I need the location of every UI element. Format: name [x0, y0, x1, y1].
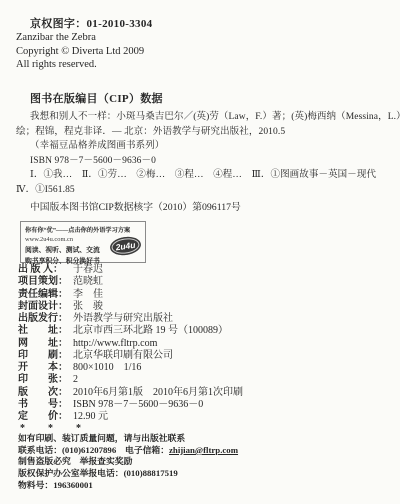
- colophon-row-publishing-house: 出版发行：外语教学与研究出版社: [18, 313, 243, 325]
- colophon-value: 张 骏: [73, 301, 103, 312]
- rights-reserved: All rights reserved.: [16, 58, 144, 72]
- colophon-value: http://www.fltrp.com: [73, 338, 157, 349]
- colophon-row-printer: 印 刷：北京华联印刷有限公司: [18, 350, 243, 362]
- colophon-row-edition: 版 次：2010年6月第1版 2010年6月第1次印刷: [18, 387, 243, 399]
- quality-notice: 如有印刷、装订质量问题，请与出版社联系: [18, 433, 238, 445]
- colophon-row-website: 网 址：http://www.fltrp.com: [18, 338, 243, 350]
- beijing-registration-number: 京权图字：01-2010-3304: [30, 15, 152, 31]
- cip-isbn-line: ISBN 978－7－5600－9636－0: [16, 154, 396, 169]
- colophon-value: 李 佳: [73, 289, 103, 300]
- copyright-office-phone: 版权保护办公室举报电话：(010)88817519: [18, 468, 238, 480]
- colophon-label: 网 址：: [18, 338, 73, 350]
- material-number: 物料号：196360001: [18, 480, 238, 492]
- email-link: zhijian@fltrp.com: [169, 445, 238, 455]
- colophon-value: 2: [73, 374, 78, 385]
- colophon-label: 社 址：: [18, 325, 73, 337]
- colophon-row-isbn: 书 号：ISBN 978－7－5600－9636－0: [18, 399, 243, 411]
- cip-series-line: （幸福豆品格养成图画书系列）: [16, 139, 396, 154]
- contact-info: 联系电话：(010)61207896 电子信箱：: [18, 445, 169, 455]
- colophon-value: 于春迟: [73, 264, 103, 275]
- colophon-label: 印 张：: [18, 374, 73, 386]
- cip-data-block: 我想和别人不一样：小斑马桑吉巴尔／(英)劳（Law，F.）著；(英)梅西纳（Me…: [16, 110, 396, 197]
- asterisk-separator: * * *: [20, 419, 82, 434]
- colophon-label: 版 次：: [18, 387, 73, 399]
- cip-title-line-cont: 绘；程锦，程克非译．— 北京：外语教学与研究出版社，2010.5: [16, 125, 396, 140]
- contact-line: 联系电话：(010)61207896 电子信箱：zhijian@fltrp.co…: [18, 445, 238, 457]
- original-title: Zanzibar the Zebra: [16, 31, 144, 45]
- english-copyright-block: Zanzibar the Zebra Copyright © Diverta L…: [16, 31, 144, 72]
- colophon-label: 封面设计：: [18, 301, 73, 313]
- colophon-label: 开 本：: [18, 362, 73, 374]
- colophon-row-project-planner: 项目策划：范晓虹: [18, 276, 243, 288]
- colophon-value: 范晓虹: [73, 276, 103, 287]
- colophon-block: 出 版 人：于春迟 项目策划：范晓虹 责任编辑：李 佳 封面设计：张 骏 出版发…: [18, 264, 243, 423]
- colophon-row-format: 开 本：800×1010 1/16: [18, 362, 243, 374]
- cip-title-line: 我想和别人不一样：小斑马桑吉巴尔／(英)劳（Law，F.）著；(英)梅西纳（Me…: [16, 110, 396, 125]
- colophon-value: 北京华联印刷有限公司: [73, 350, 173, 361]
- colophon-value: 800×1010 1/16: [73, 362, 141, 373]
- colophon-row-sheets: 印 张：2: [18, 374, 243, 386]
- colophon-row-cover-design: 封面设计：张 骏: [18, 301, 243, 313]
- cip-index-line-1: Ⅰ．①我… Ⅱ．①劳… ②梅… ③程… ④程… Ⅲ．①图画故事－英国－现代: [16, 168, 396, 183]
- colophon-label: 印 刷：: [18, 350, 73, 362]
- colophon-label: 书 号：: [18, 399, 73, 411]
- copyright-holder: Copyright © Diverta Ltd 2009: [16, 45, 144, 59]
- cip-registry-number: 中国版本图书馆CIP数据核字（2010）第096117号: [30, 199, 241, 213]
- colophon-label: 责任编辑：: [18, 289, 73, 301]
- colophon-label: 出版发行：: [18, 313, 73, 325]
- piracy-notice: 制售盗版必究 举报查实奖励: [18, 456, 238, 468]
- colophon-value: ISBN 978－7－5600－9636－0: [73, 399, 203, 410]
- promo-slogan: 你有你“优”——点击你的外语学习方案: [25, 225, 141, 234]
- colophon-row-publisher: 出 版 人：于春迟: [18, 264, 243, 276]
- copyright-page: 京权图字：01-2010-3304 Zanzibar the Zebra Cop…: [0, 0, 400, 504]
- colophon-row-address: 社 址：北京市西三环北路 19 号（100089）: [18, 325, 243, 337]
- colophon-label: 项目策划：: [18, 276, 73, 288]
- colophon-value: 2010年6月第1版 2010年6月第1次印刷: [73, 387, 243, 398]
- footer-notices: 如有印刷、装订质量问题，请与出版社联系 联系电话：(010)61207896 电…: [18, 433, 238, 492]
- cip-heading: 图书在版编目（CIP）数据: [30, 90, 163, 106]
- colophon-label: 出 版 人：: [18, 264, 73, 276]
- colophon-row-editor: 责任编辑：李 佳: [18, 289, 243, 301]
- colophon-value: 北京市西三环北路 19 号（100089）: [73, 325, 228, 336]
- colophon-value: 外语教学与研究出版社: [73, 313, 173, 324]
- 2u4u-promo-box: 你有你“优”——点击你的外语学习方案 www.2u4u.com.cn 阅读、视听…: [20, 221, 146, 263]
- cip-index-line-2: Ⅳ．①I561.85: [16, 183, 396, 198]
